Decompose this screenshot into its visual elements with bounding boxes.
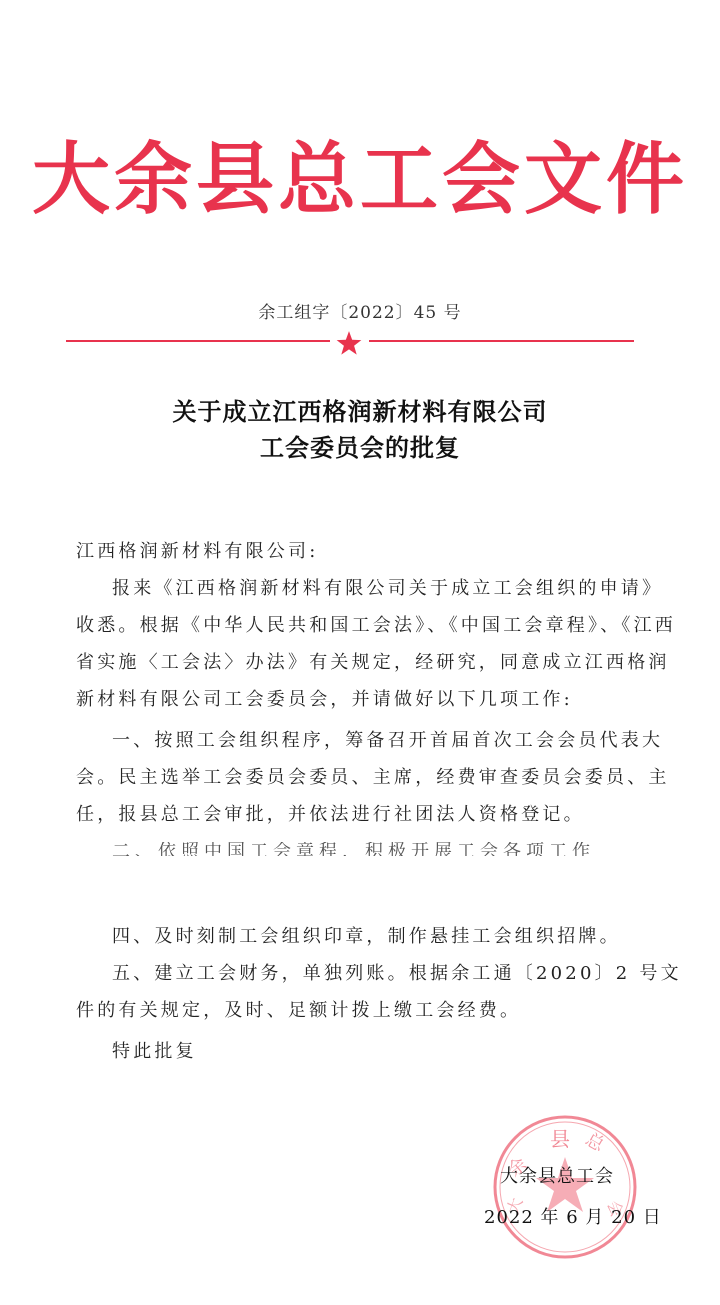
document-number: 余工组字〔2022〕45 号 <box>0 298 720 323</box>
issuer-title: 大余县总工会文件 <box>0 130 720 230</box>
item1-line: 一、按照工会组织程序，筹备召开首届首次工会会员代表大 <box>112 729 663 753</box>
signing-organization: 大余县总工会 <box>500 1162 614 1188</box>
para1-line: 报来《江西格润新材料有限公司关于成立工会组织的申请》 <box>112 577 663 601</box>
signing-date: 2022 年 6 月 20 日 <box>484 1203 662 1229</box>
item4-line: 四、及时刻制工会组织印章，制作悬挂工会组织招牌。 <box>112 925 621 949</box>
para1-line: 新材料有限公司工会委员会，并请做好以下几项工作: <box>76 688 573 712</box>
para1-line: 省实施〈工会法〉办法》有关规定，经研究，同意成立江西格润 <box>76 651 670 675</box>
document-title-line2: 工会委员会的批复 <box>0 428 720 463</box>
closing-text: 特此批复 <box>112 1040 197 1064</box>
svg-text:总: 总 <box>582 1129 609 1157</box>
item5-line: 五、建立工会财务，单独列账。根据余工通〔2020〕2 号文 <box>112 962 682 986</box>
item1-line: 任，报县总工会审批，并依法进行社团法人资格登记。 <box>76 803 585 827</box>
red-star-icon <box>336 330 362 356</box>
para1-line: 收悉。根据《中华人民共和国工会法》、《中国工会章程》、《江西 <box>76 614 676 638</box>
document-title-line1: 关于成立江西格润新材料有限公司 <box>0 392 720 427</box>
svg-text:县: 县 <box>550 1127 570 1151</box>
item2-text: 二、依照中国工会章程，积极开展工会各项工作 <box>112 842 595 856</box>
addressee: 江西格润新材料有限公司: <box>76 540 318 564</box>
item2-clipped-line: 二、依照中国工会章程，积极开展工会各项工作 <box>112 842 595 856</box>
item5-line: 件的有关规定，及时、足额计拨上缴工会经费。 <box>76 999 521 1023</box>
red-divider-left <box>66 340 330 342</box>
item1-line: 会。民主选举工会委员会委员、主席，经费审查委员会委员、主 <box>76 766 670 790</box>
red-divider-right <box>369 340 634 342</box>
